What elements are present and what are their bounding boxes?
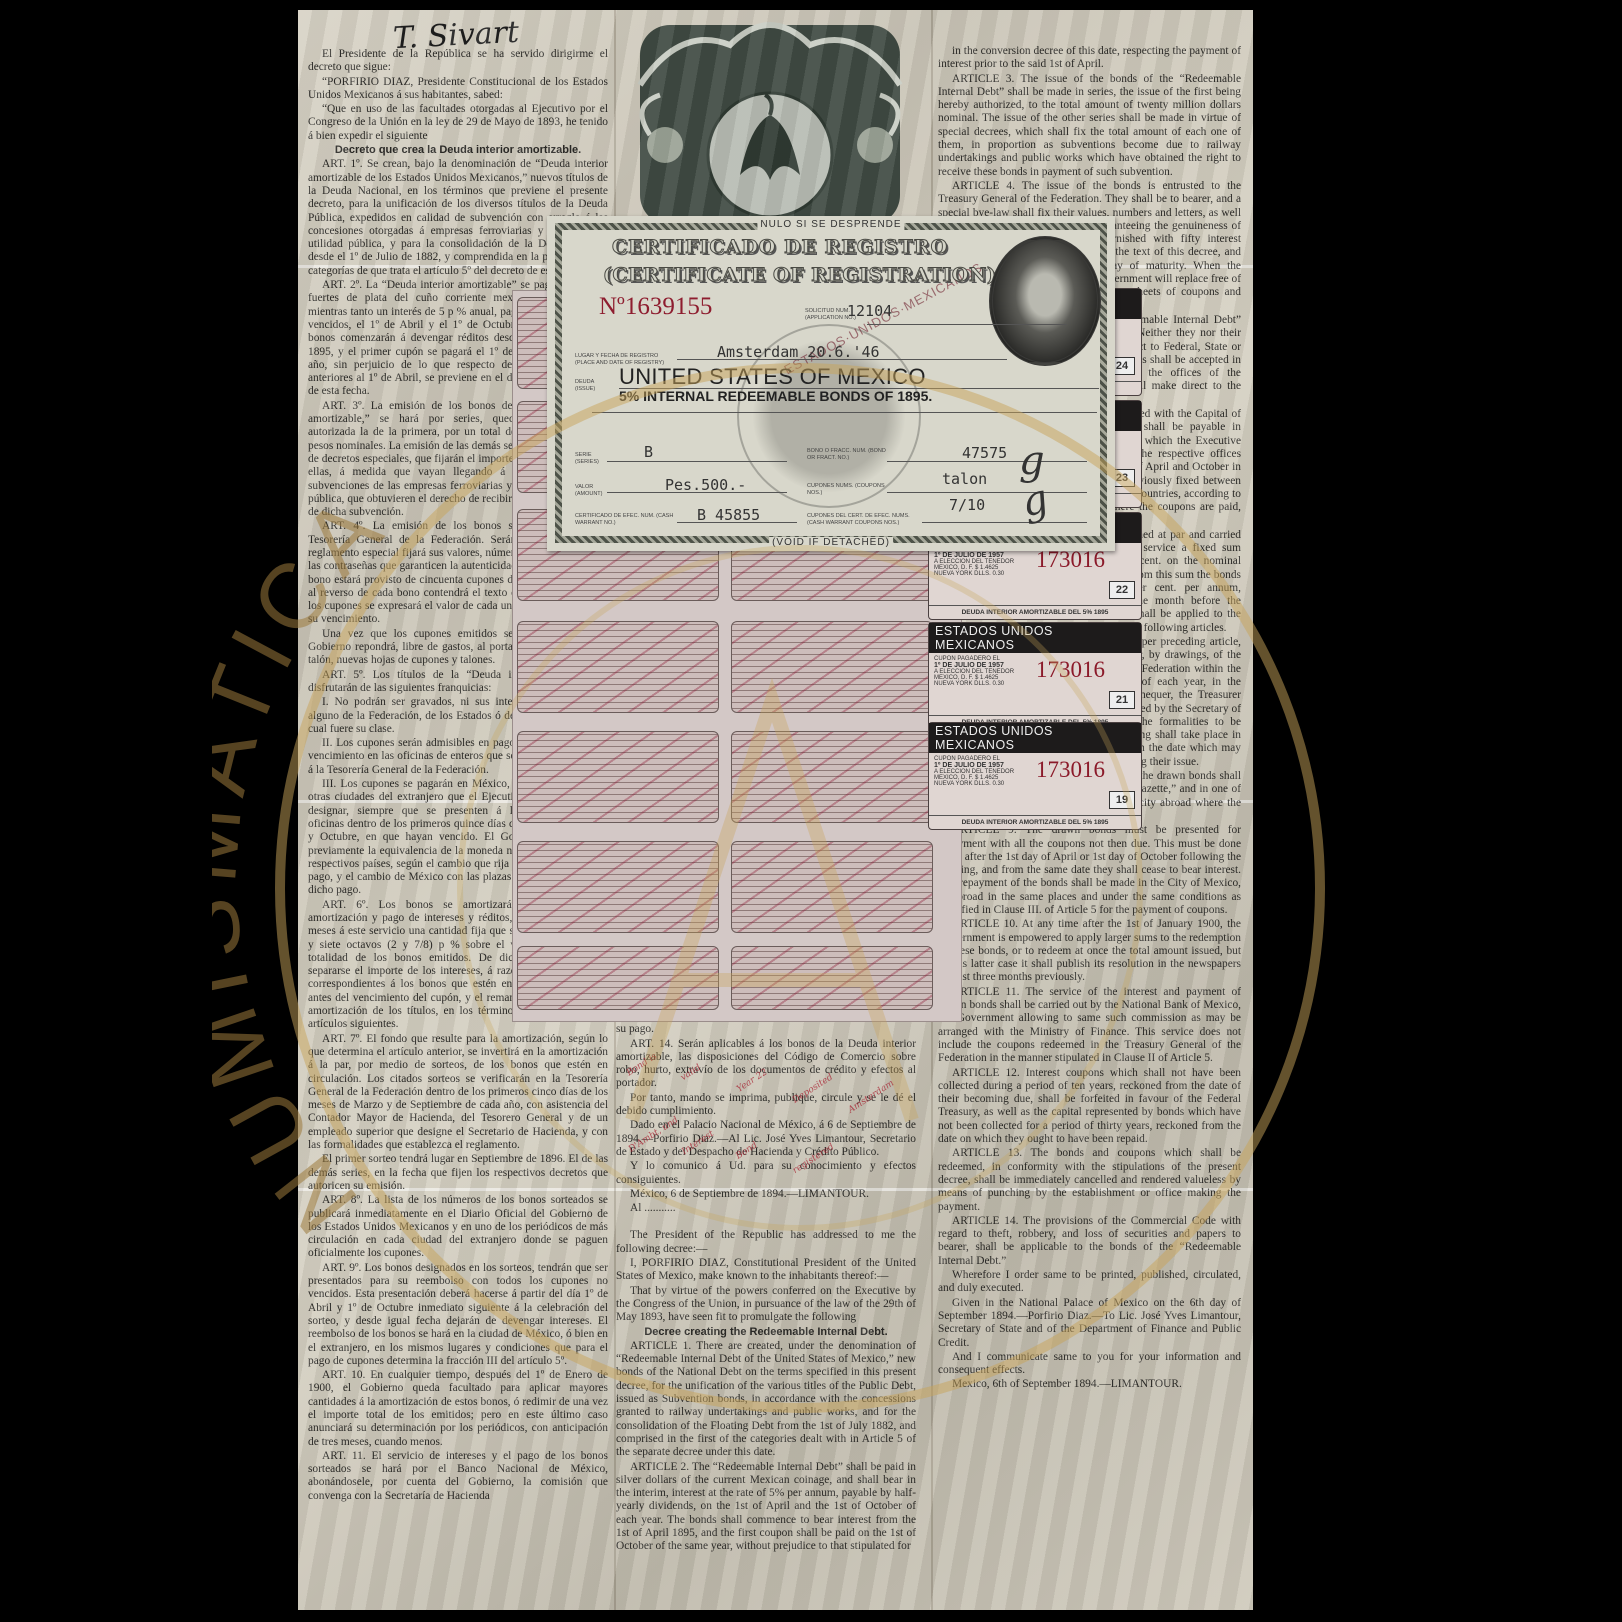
series-label: SERIE (SERIES) [575, 452, 615, 465]
coupon-date: 1º DE JULIO DE 1957 [934, 762, 1136, 769]
coupons-label: CUPONES NUMS. (COUPONS Nos.) [807, 483, 887, 496]
portrait-hidalgo-icon [989, 236, 1101, 366]
issuer-name: UNITED STATES OF MEXICO [619, 364, 926, 390]
cash-warrant-label: CERTIFICADO DE EFEC. NUM. (CASH WARRANT … [575, 513, 675, 526]
coupon [517, 841, 719, 933]
coupon-header: ESTADOS UNIDOS MEXICANOS [929, 623, 1141, 653]
decree-paragraph: Y lo comunico á Ud. para su conocimiento… [616, 1160, 916, 1187]
coupon [517, 731, 719, 823]
decree-article: ART. 7º. El fondo que resulte para la am… [308, 1033, 608, 1153]
void-banner-bottom: (VOID IF DETACHED) [769, 537, 893, 548]
issue-label: DEUDA (ISSUE) [575, 379, 605, 392]
registration-certificate: NULO SI SE DESPRENDE (VOID IF DETACHED) … [547, 216, 1115, 551]
place-date-value: Amsterdam 20.6.'46 [717, 343, 880, 361]
decree-article: El primer sorteo tendrá lugar en Septiem… [308, 1153, 608, 1193]
decree-article: ARTICLE 14. The provisions of the Commer… [938, 1215, 1241, 1268]
cash-warrant-value: B 45855 [697, 506, 760, 524]
series-value: B [644, 443, 653, 461]
certificate-title-en: (CERTIFICATE OF REGISTRATION) [603, 264, 996, 286]
eagle-vignette-icon [620, 5, 920, 220]
decree-article: ART. 11. El servicio de intereses y el p… [308, 1450, 608, 1503]
field-line [922, 522, 1087, 523]
coupon [731, 841, 933, 933]
decree-article: ARTICLE 13. The bonds and coupons which … [938, 1147, 1241, 1213]
decree-paragraph: Mexico, 6th of September 1894.—LIMANTOUR… [938, 1378, 1241, 1391]
amount-label: VALOR (AMOUNT) [575, 484, 615, 497]
decree-paragraph: Al ........... [616, 1202, 916, 1215]
void-banner-top: NULO SI SE DESPRENDE [757, 219, 904, 230]
number-prefix: Nº [599, 293, 625, 320]
certificate-number: Nº1639155 [599, 293, 712, 321]
coupon-header: ESTADOS UNIDOS MEXICANOS [929, 723, 1141, 753]
decree-paragraph: “Que en uso de las facultades otorgadas … [308, 103, 608, 143]
coupon-number: 19 [1109, 791, 1135, 809]
middle-decree-column: con un sacabocado por el Establecimiento… [616, 1010, 916, 1600]
decree-article: ARTICLE 2. The “Redeemable Internal Debt… [616, 1461, 916, 1554]
decree-article: ART. 14. Serán aplicables á los bonos de… [616, 1038, 916, 1091]
coupon [517, 946, 719, 1010]
coupon-footer: DEUDA INTERIOR AMORTIZABLE DEL 5% 1895 [929, 605, 1141, 619]
interest-coupon: ESTADOS UNIDOS MEXICANOSCUPON PAGADERO E… [928, 722, 1142, 830]
decree-heading: Decreto que crea la Deuda interior amort… [308, 144, 608, 157]
coupon-serial: 173016 [1036, 657, 1105, 683]
interest-coupon: ESTADOS UNIDOS MEXICANOSCUPON PAGADERO E… [928, 622, 1142, 730]
decree-article: ART. 8º. La lista de los números de los … [308, 1194, 608, 1260]
field-line [867, 324, 1067, 325]
decree-paragraph: Wherefore I order same to be printed, pu… [938, 1269, 1241, 1296]
bond-number-value: 47575 [962, 444, 1007, 462]
decree-article: ARTICLE 12. Interest coupons which shall… [938, 1067, 1241, 1147]
certificate-title-es: CERTIFICADO DE REGISTRO [612, 236, 948, 258]
decree-paragraph: “PORFIRIO DIAZ, Presidente Constituciona… [308, 76, 608, 103]
decree-paragraph: The President of the Republic has addres… [616, 1229, 916, 1256]
decree-article: ART. 10. En cualquier tiempo, después de… [308, 1369, 608, 1449]
coupon [731, 946, 933, 1010]
decree-article: ART. 9º. Los bonos designados en los sor… [308, 1262, 608, 1368]
decree-paragraph: Por tanto, mando se imprima, publique, c… [616, 1092, 916, 1119]
decree-article: ARTICLE 3. The issue of the bonds of the… [938, 73, 1241, 179]
coupon-ny: NUEVA YORK DLLS. 0.30 [934, 571, 1136, 577]
coupon-ny: NUEVA YORK DLLS. 0.30 [934, 681, 1136, 687]
cash-warrant-coupons-label: CUPONES DEL CERT. DE EFEC. NUMS. (CASH W… [807, 513, 922, 526]
coupon-number: 22 [1109, 581, 1135, 599]
coupon [731, 621, 933, 713]
decree-article: ARTICLE 1. There are created, under the … [616, 1340, 916, 1460]
decree-paragraph: México, 6 de Septiembre de 1894.—LIMANTO… [616, 1188, 916, 1201]
coupon-number: 21 [1109, 691, 1135, 709]
decree-article: ARTICLE 11. The service of the interest … [938, 986, 1241, 1066]
decree-paragraph: El Presidente de la República se ha serv… [308, 48, 608, 75]
field-line [607, 461, 787, 462]
decree-heading: Decree creating the Redeemable Internal … [616, 1326, 916, 1339]
bond-number-label: BONO O FRACC. NUM. (BOND OR FRACT. No.) [807, 448, 887, 461]
coupon-ny: NUEVA YORK DLLS. 0.30 [934, 781, 1136, 787]
cash-warrant-coupons-value: 7/10 [949, 496, 985, 514]
coupon-date: 1º DE JULIO DE 1957 [934, 662, 1136, 669]
decree-article: ARTICLE 9. The drawn bonds must be prese… [938, 824, 1241, 917]
number-value: 1639155 [625, 293, 713, 320]
decree-paragraph: Dado en el Palacio Nacional de México, á… [616, 1119, 916, 1159]
coupons-value: talon [942, 470, 987, 488]
field-line [887, 492, 1087, 493]
decree-paragraph: And I communicate same to you for your i… [938, 1351, 1241, 1378]
decree-paragraph: I, PORFIRIO DIAZ, Constitutional Preside… [616, 1257, 916, 1284]
decree-paragraph: in the conversion decree of this date, r… [938, 45, 1241, 72]
coupon [517, 621, 719, 713]
amount-value: Pes.500.- [665, 476, 746, 494]
application-number: 12104 [847, 302, 892, 320]
field-line [592, 412, 1097, 413]
coupon-footer: DEUDA INTERIOR AMORTIZABLE DEL 5% 1895 [929, 815, 1141, 829]
decree-paragraph: That by virtue of the powers conferred o… [616, 1285, 916, 1325]
bond-title: 5% INTERNAL REDEEMABLE BONDS OF 1895. [619, 388, 932, 404]
coupon [731, 731, 933, 823]
coupon-serial: 173016 [1036, 757, 1105, 783]
decree-paragraph: Given in the National Palace of Mexico o… [938, 1297, 1241, 1350]
decree-article: ARTICLE 10. At any time after the 1st of… [938, 918, 1241, 984]
coupon-date: 1º DE JULIO DE 1957 [934, 552, 1136, 559]
